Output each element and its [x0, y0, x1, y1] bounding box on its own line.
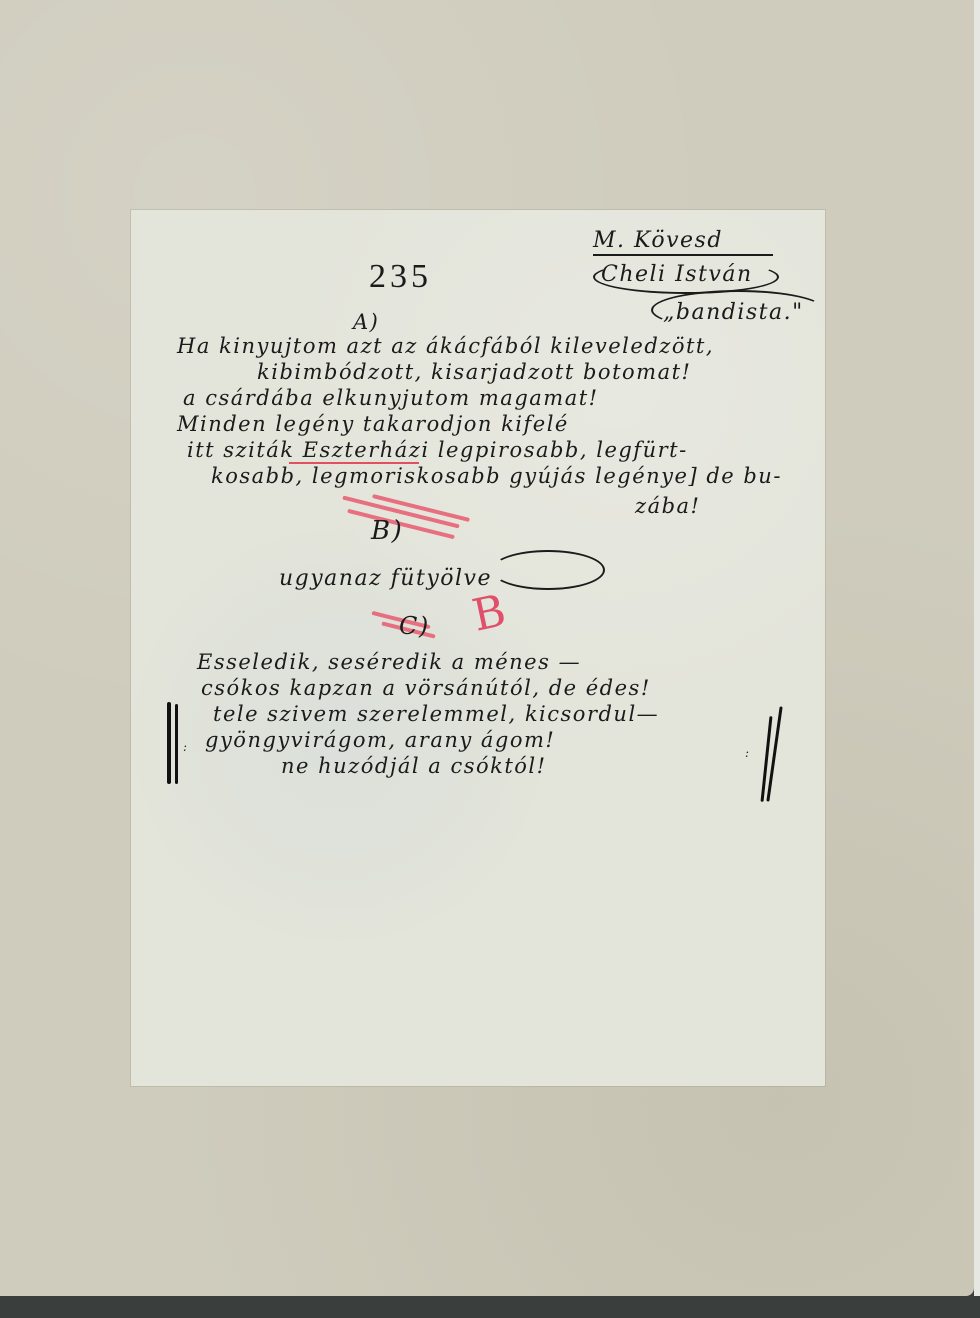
section-c-line-2: csókos kapzan a vörsánútól, de édes! [201, 676, 651, 700]
section-a-line-6: kosabb, legmoriskosabb gyújás legénye] d… [211, 464, 782, 488]
section-b-label: B) [371, 516, 403, 546]
section-a-line-5: itt sziták Eszterházi legpirosabb, legfü… [187, 438, 688, 462]
name-underline-flourish [593, 260, 779, 294]
board-edge [974, 0, 980, 1296]
section-a-line-2: kibimbódzott, kisarjadzott botomat! [257, 360, 691, 384]
repeat-bar-left-1 [167, 702, 171, 784]
repeat-dots-right: : [745, 746, 751, 760]
role-flourish [651, 290, 825, 330]
section-c-line-3: tele szivem szerelemmel, kicsordul— [213, 702, 659, 726]
section-b-flourish [491, 550, 605, 590]
section-c-line-1: Esseledik, seséredik a ménes — [197, 650, 581, 674]
header-place: M. Kövesd [593, 228, 773, 256]
manuscript-sheet: M. Kövesd Cheli István „bandista." 235 A… [131, 210, 825, 1086]
section-c-line-4: gyöngyvirágom, arany ágom! [205, 728, 555, 752]
section-a-line-1: Ha kinyujtom azt az ákácfából kileveledz… [177, 334, 714, 358]
section-c-line-5: ne huzódjál a csóktól! [281, 754, 547, 778]
section-b-line-1: ugyanaz fütyölve [279, 566, 492, 591]
section-a-label: A) [353, 310, 379, 334]
section-a-line-7: zába! [635, 494, 701, 518]
section-a-line-3: a csárdába elkunyjutom magamat! [183, 386, 599, 410]
section-c-label: C) [399, 612, 430, 640]
repeat-bar-left-2 [175, 704, 178, 784]
song-number: 235 [369, 258, 432, 296]
red-pencil-b-annotation: B [468, 585, 510, 642]
repeat-dots-left: : [183, 740, 189, 754]
section-a-line-4: Minden legény takarodjon kifelé [177, 412, 569, 436]
